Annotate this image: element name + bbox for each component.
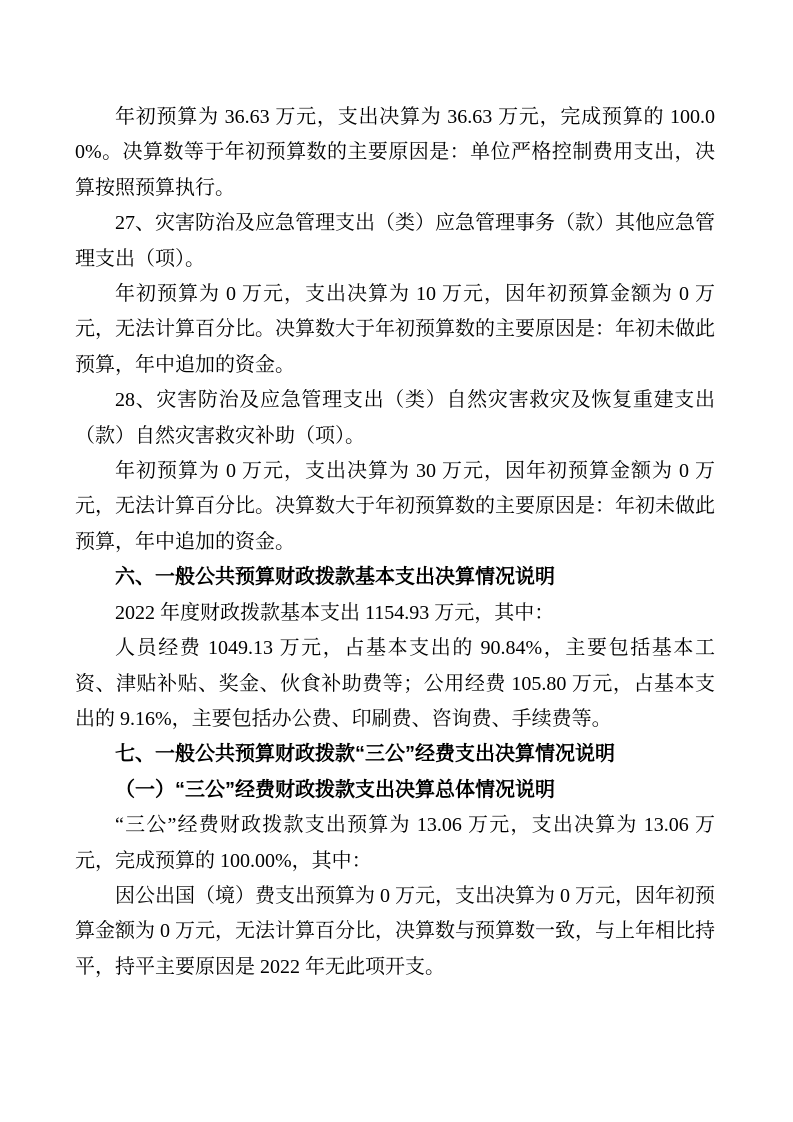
para-item-28-title: 28、灾害防治及应急管理支出（类）自然灾害救灾及恢复重建支出（款）自然灾害救灾补… bbox=[75, 383, 715, 454]
para-item-27-title: 27、灾害防治及应急管理支出（类）应急管理事务（款）其他应急管理支出（项）。 bbox=[75, 206, 715, 277]
heading-section-7-1: （一）“三公”经费财政拨款支出决算总体情况说明 bbox=[75, 773, 715, 808]
document-page: 年初预算为 36.63 万元，支出决算为 36.63 万元，完成预算的 100.… bbox=[0, 0, 793, 1122]
para-personnel-public-funds: 人员经费 1049.13 万元，占基本支出的 90.84%，主要包括基本工资、津… bbox=[75, 631, 715, 737]
document-text-block: 年初预算为 36.63 万元，支出决算为 36.63 万元，完成预算的 100.… bbox=[75, 100, 715, 985]
para-item-28-figures: 年初预算为 0 万元，支出决算为 30 万元，因年初预算金额为 0 万元，无法计… bbox=[75, 454, 715, 560]
para-item-27-figures: 年初预算为 0 万元，支出决算为 10 万元，因年初预算金额为 0 万元，无法计… bbox=[75, 277, 715, 383]
para-sangong-total: “三公”经费财政拨款支出预算为 13.06 万元，支出决算为 13.06 万元，… bbox=[75, 808, 715, 879]
para-budget-36-63: 年初预算为 36.63 万元，支出决算为 36.63 万元，完成预算的 100.… bbox=[75, 100, 715, 206]
para-overseas-travel: 因公出国（境）费支出预算为 0 万元，支出决算为 0 万元，因年初预算金额为 0… bbox=[75, 879, 715, 985]
heading-section-7: 七、一般公共预算财政拨款“三公”经费支出决算情况说明 bbox=[75, 737, 715, 772]
heading-section-6: 六、一般公共预算财政拨款基本支出决算情况说明 bbox=[75, 560, 715, 595]
para-basic-expense-total: 2022 年度财政拨款基本支出 1154.93 万元，其中： bbox=[75, 596, 715, 631]
